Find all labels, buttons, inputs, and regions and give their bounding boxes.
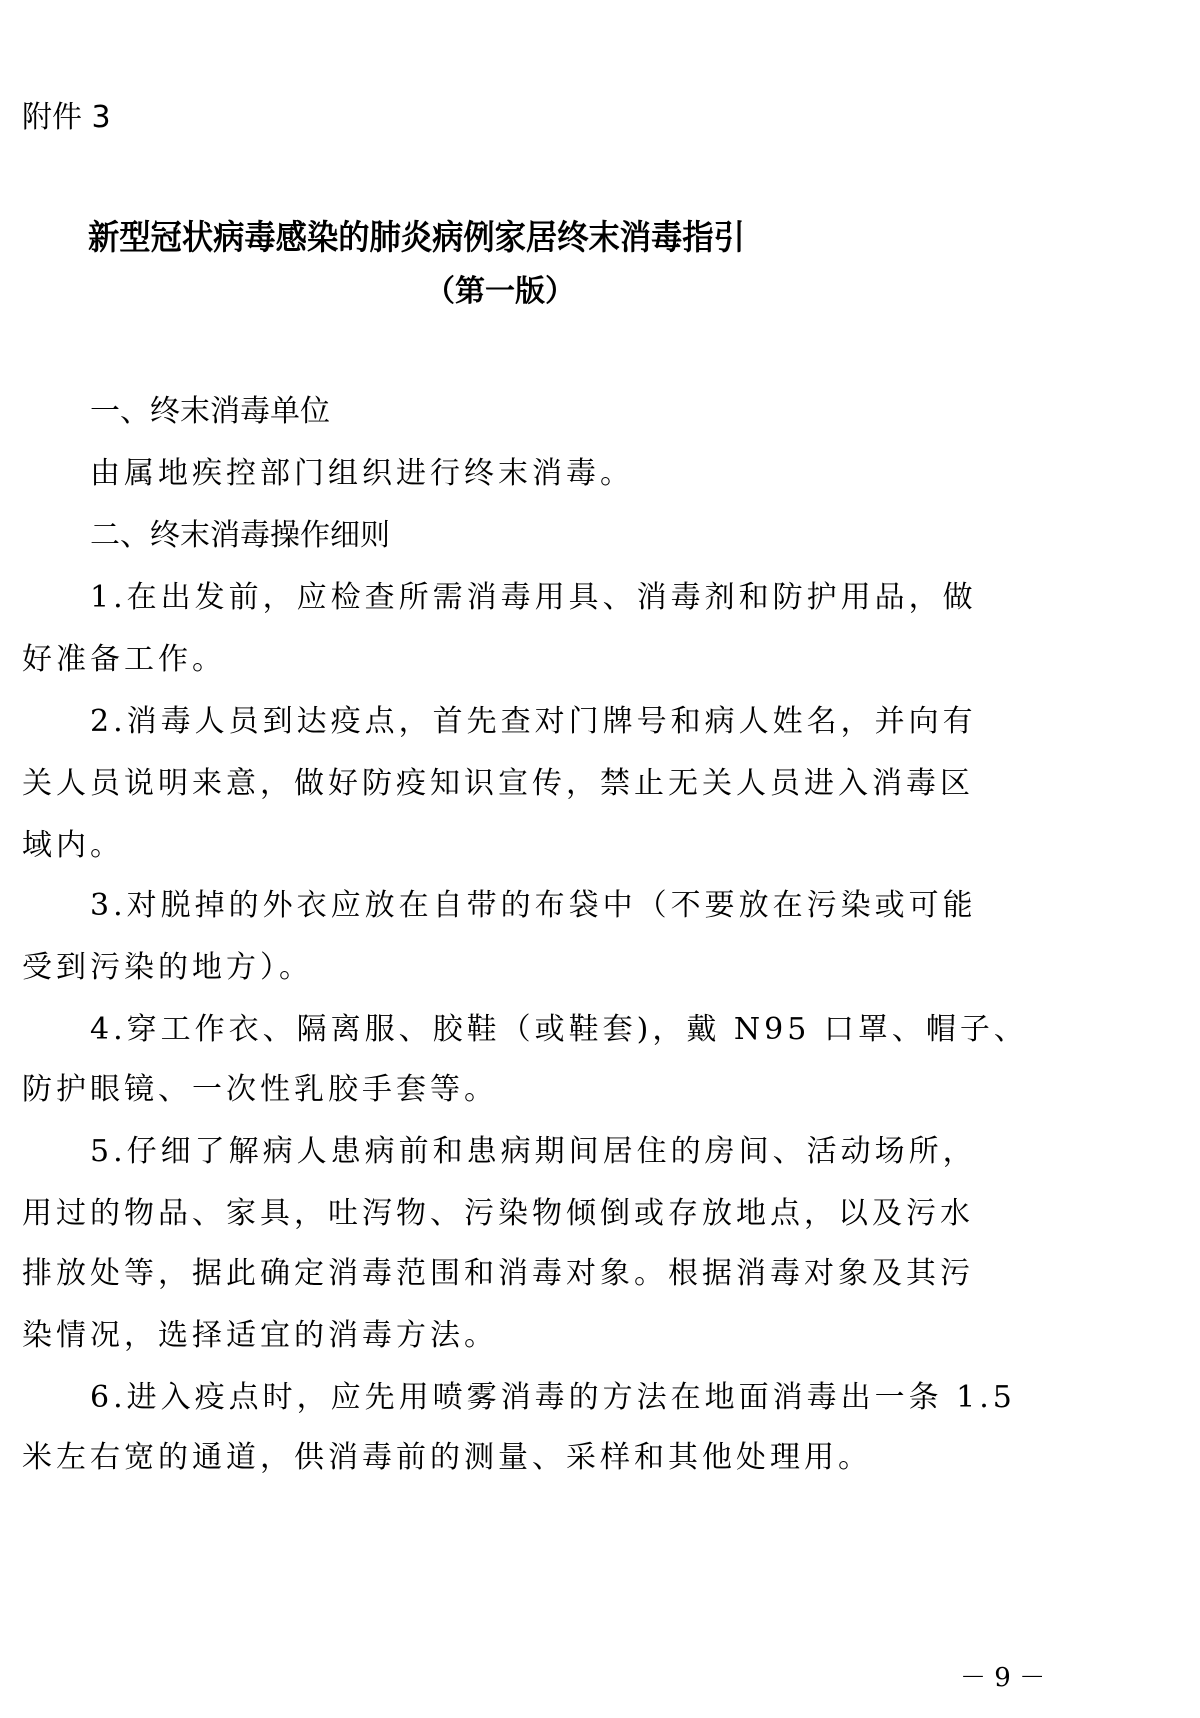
- page-number: － 9 －: [960, 1660, 1080, 1696]
- attachment-label: 附件 3: [22, 98, 111, 138]
- item-5-line-2: 用过的物品、家具，吐泻物、污染物倾倒或存放地点，以及污水: [22, 1192, 974, 1236]
- document-title: 新型冠状病毒感染的肺炎病例家居终末消毒指引: [88, 214, 842, 262]
- item-6-line-2: 米左右宽的通道，供消毒前的测量、采样和其他处理用。: [22, 1436, 872, 1480]
- item-1-line-2: 好准备工作。: [22, 638, 226, 682]
- item-1-line-1: 1.在出发前，应检查所需消毒用具、消毒剂和防护用品，做: [90, 576, 977, 620]
- section-heading-2: 二、终末消毒操作细则: [90, 514, 390, 558]
- document-page: 附件 3 新型冠状病毒感染的肺炎病例家居终末消毒指引 （第一版） 一、终末消毒单…: [0, 0, 1200, 1718]
- paragraph-line: 由属地疾控部门组织进行终末消毒。: [90, 452, 634, 496]
- item-3-line-1: 3.对脱掉的外衣应放在自带的布袋中（不要放在污染或可能: [90, 884, 977, 928]
- item-3-line-2: 受到污染的地方）。: [22, 946, 313, 990]
- subtitle-text: （第一版）: [425, 268, 575, 316]
- item-4-line-1: 4.穿工作衣、隔离服、胶鞋（或鞋套)，戴 N95 口罩、帽子、: [90, 1008, 1028, 1052]
- item-2-line-3: 域内。: [22, 824, 124, 868]
- item-4-line-2: 防护眼镜、一次性乳胶手套等。: [22, 1068, 498, 1112]
- item-2-line-2: 关人员说明来意，做好防疫知识宣传，禁止无关人员进入消毒区: [22, 762, 974, 806]
- item-5-line-1: 5.仔细了解病人患病前和患病期间居住的房间、活动场所，: [90, 1130, 977, 1174]
- item-5-line-3: 排放处等，据此确定消毒范围和消毒对象。根据消毒对象及其污: [22, 1252, 974, 1296]
- section-heading-1: 一、终末消毒单位: [90, 390, 330, 434]
- item-6-line-1: 6.进入疫点时，应先用喷雾消毒的方法在地面消毒出一条 1.5: [90, 1376, 1016, 1420]
- item-5-line-4: 染情况，选择适宜的消毒方法。: [22, 1314, 498, 1358]
- item-2-line-1: 2.消毒人员到达疫点，首先查对门牌号和病人姓名，并向有: [90, 700, 977, 744]
- document-subtitle: （第一版）: [0, 268, 1000, 316]
